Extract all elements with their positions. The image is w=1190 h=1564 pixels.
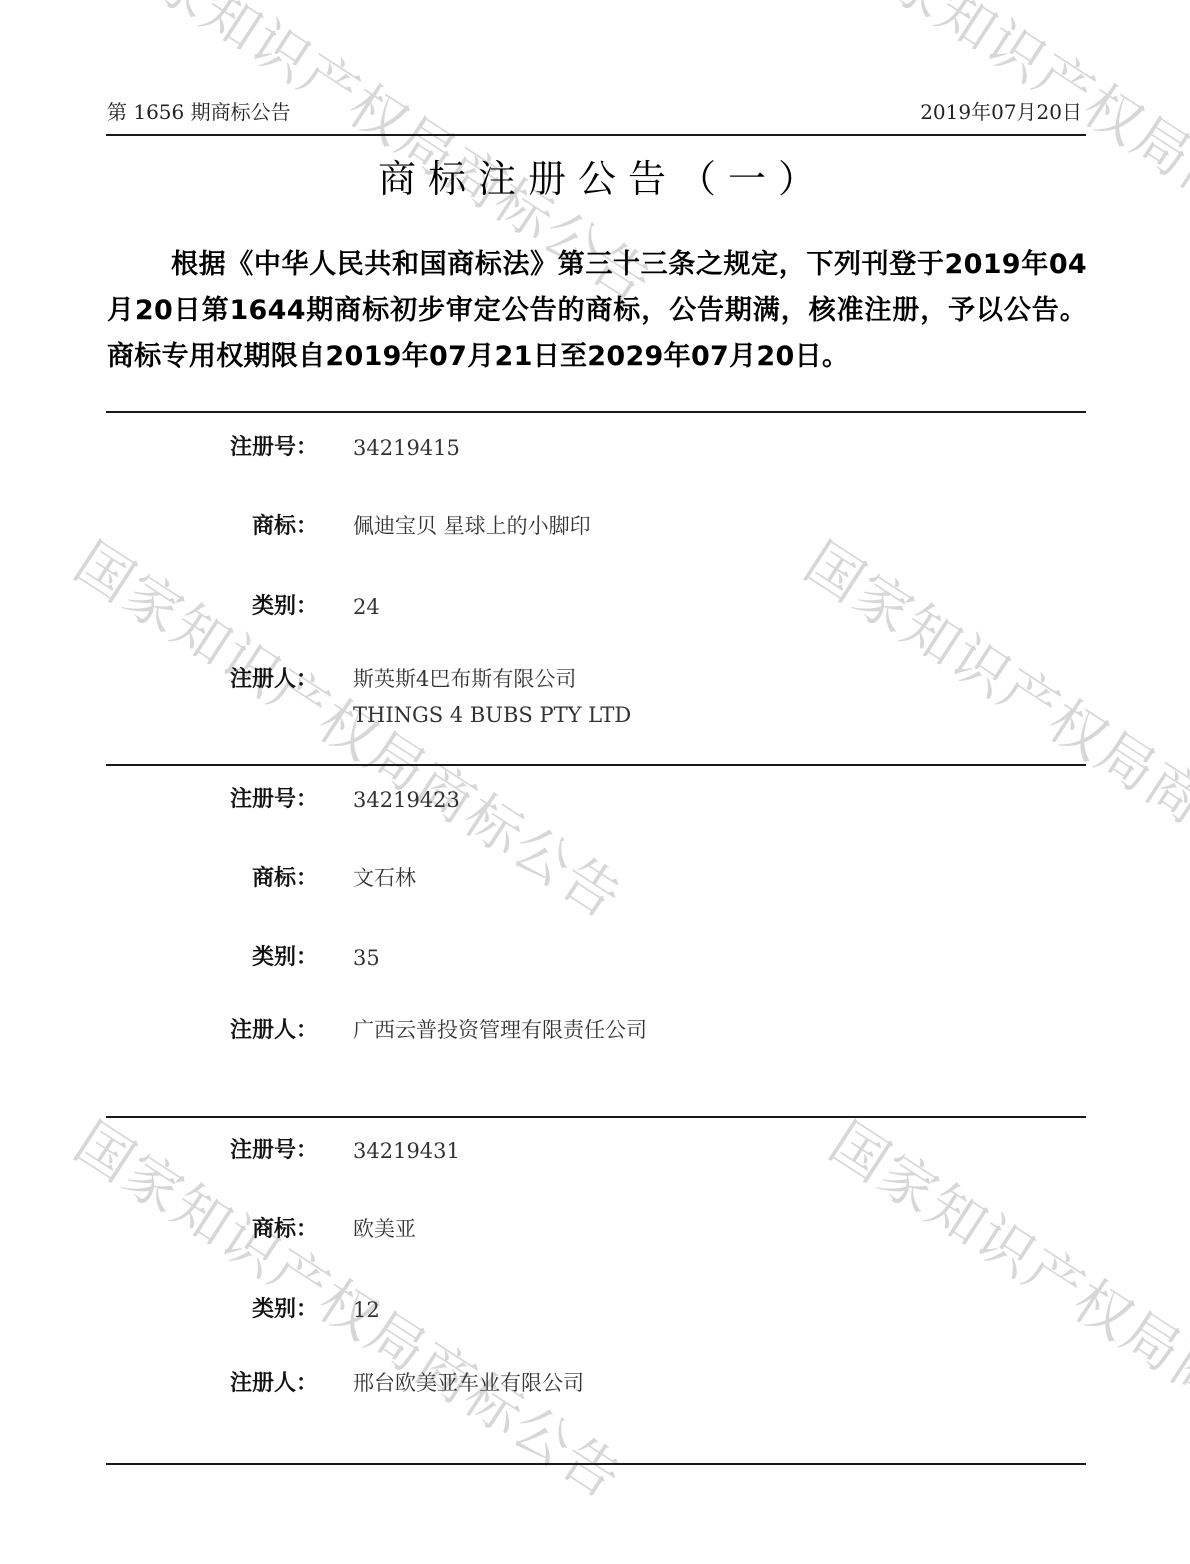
reg-no-row: 注册号： 34219423 [0, 782, 1190, 822]
mark-row: 商标： 欧美亚 [0, 1212, 1190, 1252]
registrant-row: 注册人： 广西云普投资管理有限责任公司 [0, 1013, 1190, 1053]
mark-label: 商标： [252, 1212, 318, 1243]
class-value: 35 [353, 941, 380, 975]
reg-no-row: 注册号： 34219415 [0, 430, 1190, 470]
mark-row: 商标： 佩迪宝贝 星球上的小脚印 [0, 509, 1190, 549]
section-divider [106, 411, 1086, 413]
mark-value: 文石林 [353, 861, 416, 895]
reg-no-row: 注册号： 34219431 [0, 1133, 1190, 1173]
registrant-row: 注册人： 斯英斯4巴布斯有限公司 THINGS 4 BUBS PTY LTD [0, 662, 1190, 734]
mark-label: 商标： [252, 509, 318, 540]
registrant-label: 注册人： [230, 662, 318, 693]
class-row: 类别： 24 [0, 589, 1190, 629]
announcement-page: 第 1656 期商标公告 2019年07月20日 商标注册公告（一） 根据《中华… [0, 0, 1190, 1564]
class-label: 类别： [252, 1292, 318, 1323]
registrant-label: 注册人： [230, 1013, 318, 1044]
class-label: 类别： [252, 589, 318, 620]
mark-label: 商标： [252, 861, 318, 892]
entry-divider [106, 1116, 1086, 1118]
registrant-value: 邢台欧美亚车业有限公司 [353, 1366, 584, 1400]
reg-no-value: 34219431 [353, 1134, 460, 1168]
reg-no-label: 注册号： [230, 430, 318, 461]
issue-date: 2019年07月20日 [920, 96, 1082, 125]
header-divider [106, 134, 1086, 136]
class-value: 12 [353, 1293, 380, 1327]
registrant-en-value: THINGS 4 BUBS PTY LTD [353, 698, 631, 732]
class-row: 类别： 12 [0, 1292, 1190, 1332]
mark-value: 佩迪宝贝 星球上的小脚印 [353, 509, 591, 543]
registrant-value: 斯英斯4巴布斯有限公司 [353, 662, 576, 696]
registrant-value: 广西云普投资管理有限责任公司 [353, 1013, 647, 1047]
class-row: 类别： 35 [0, 940, 1190, 980]
reg-no-value: 34219415 [353, 431, 460, 465]
class-label: 类别： [252, 940, 318, 971]
reg-no-value: 34219423 [353, 783, 460, 817]
reg-no-label: 注册号： [230, 782, 318, 813]
reg-no-label: 注册号： [230, 1133, 318, 1164]
entry-divider [106, 764, 1086, 766]
intro-paragraph: 根据《中华人民共和国商标法》第三十三条之规定，下列刊登于2019年04月20日第… [107, 242, 1087, 380]
registrant-row: 注册人： 邢台欧美亚车业有限公司 [0, 1366, 1190, 1406]
registrant-label: 注册人： [230, 1366, 318, 1397]
page-title: 商标注册公告（一） [0, 148, 1190, 203]
footer-divider [106, 1463, 1086, 1465]
class-value: 24 [353, 590, 380, 624]
issue-number: 第 1656 期商标公告 [107, 96, 291, 125]
mark-value: 欧美亚 [353, 1212, 416, 1246]
mark-row: 商标： 文石林 [0, 861, 1190, 901]
